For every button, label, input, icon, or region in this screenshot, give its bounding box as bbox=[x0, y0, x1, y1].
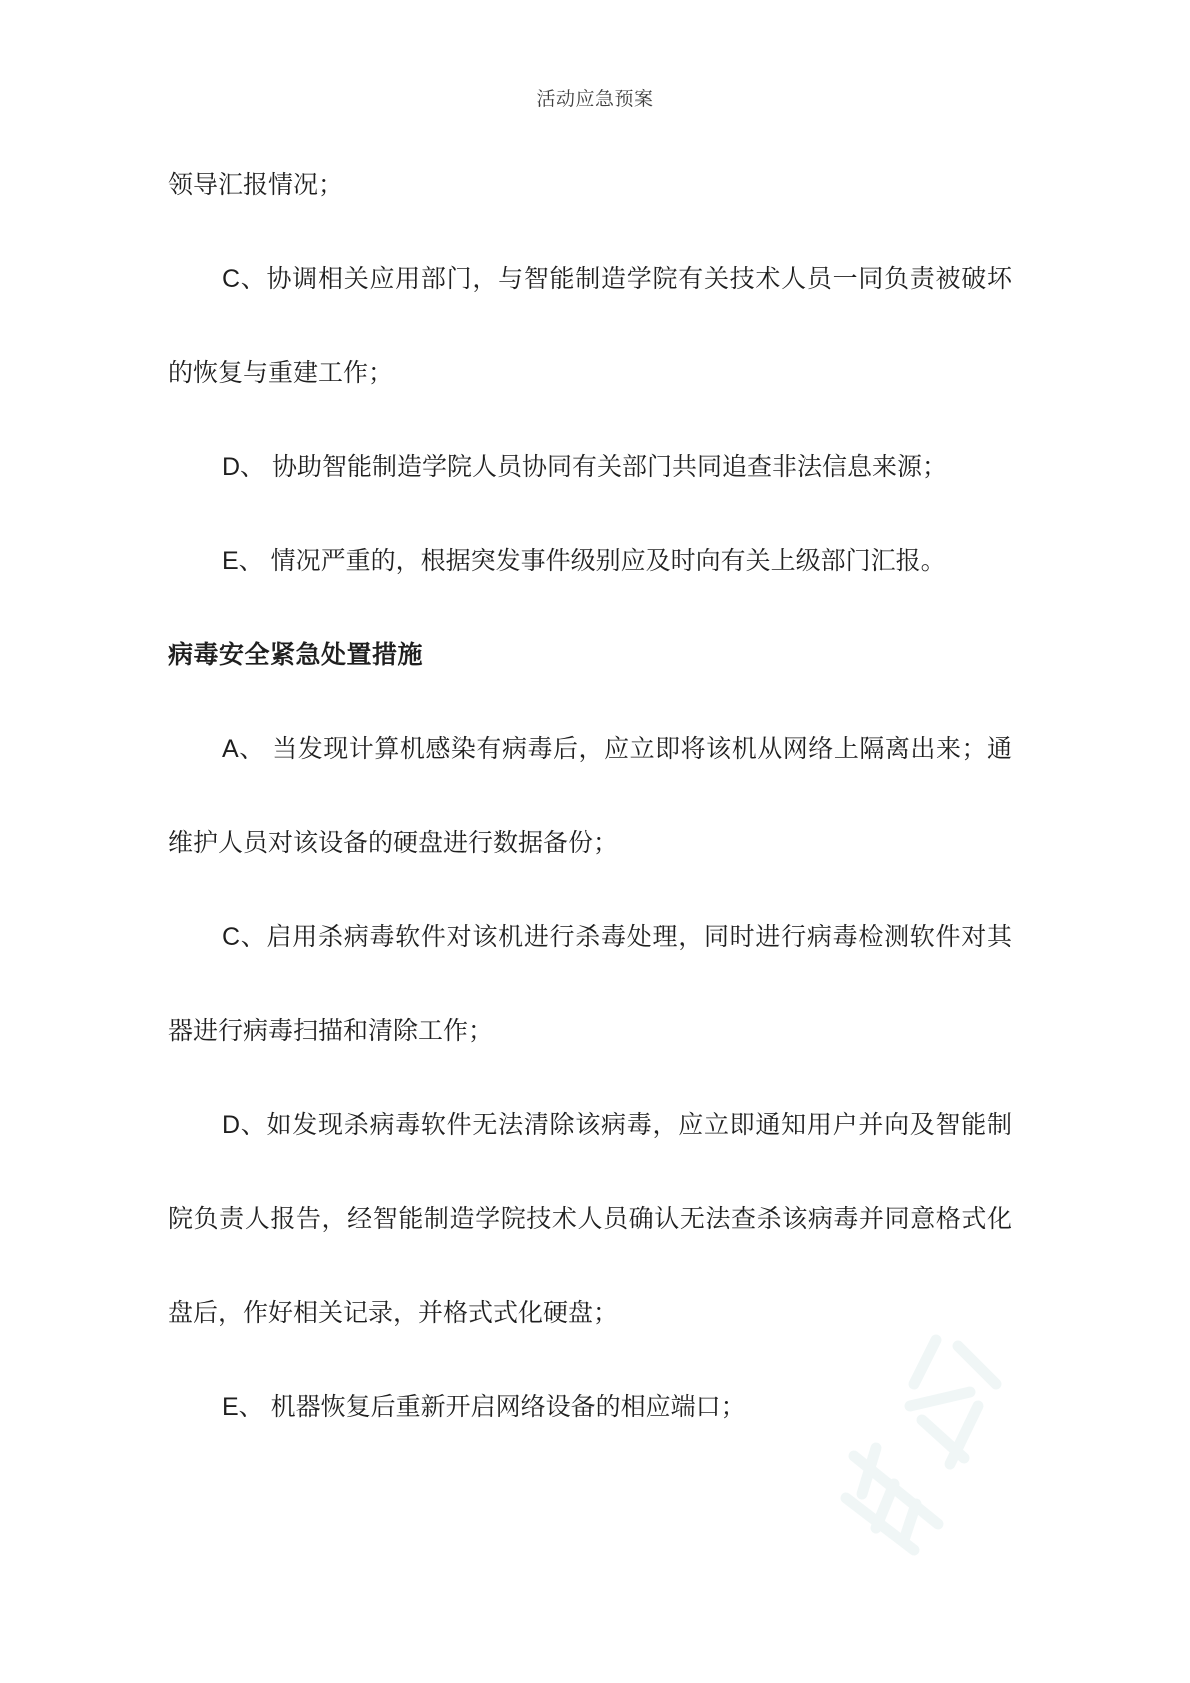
text-line: A、 当发现计算机感染有病毒后，应立即将该机从网络上隔离出来；通知 bbox=[168, 702, 1012, 796]
text-line: E、 机器恢复后重新开启网络设备的相应端口； bbox=[168, 1360, 1012, 1454]
text-line: C、启用杀病毒软件对该机进行杀毒处理，同时进行病毒检测软件对其他机 bbox=[168, 890, 1012, 984]
text-line: 领导汇报情况； bbox=[168, 138, 1012, 232]
text-line: D、 协助智能制造学院人员协同有关部门共同追查非法信息来源； bbox=[168, 420, 1012, 514]
text-line: E、 情况严重的，根据突发事件级别应及时向有关上级部门汇报。 bbox=[168, 514, 1012, 608]
text-line: 维护人员对该设备的硬盘进行数据备份； bbox=[168, 796, 1012, 890]
text-line: 器进行病毒扫描和清除工作； bbox=[168, 984, 1012, 1078]
text-line: C、协调相关应用部门，与智能制造学院有关技术人员一同负责被破坏系统 bbox=[168, 232, 1012, 326]
document-body: 领导汇报情况； C、协调相关应用部门，与智能制造学院有关技术人员一同负责被破坏系… bbox=[168, 138, 1012, 1454]
text-line: D、如发现杀病毒软件无法清除该病毒，应立即通知用户并向及智能制造学 bbox=[168, 1078, 1012, 1172]
text-line: 盘后，作好相关记录，并格式式化硬盘； bbox=[168, 1266, 1012, 1360]
text-line: 的恢复与重建工作； bbox=[168, 326, 1012, 420]
text-line: 院负责人报告，经智能制造学院技术人员确认无法查杀该病毒并同意格式化硬 bbox=[168, 1172, 1012, 1266]
document-page: 活动应急预案 领导汇报情况； C、协调相关应用部门，与智能制造学院有关技术人员一… bbox=[0, 0, 1190, 1683]
page-header-title: 活动应急预案 bbox=[0, 84, 1190, 111]
section-heading: 病毒安全紧急处置措施 bbox=[168, 608, 1012, 702]
